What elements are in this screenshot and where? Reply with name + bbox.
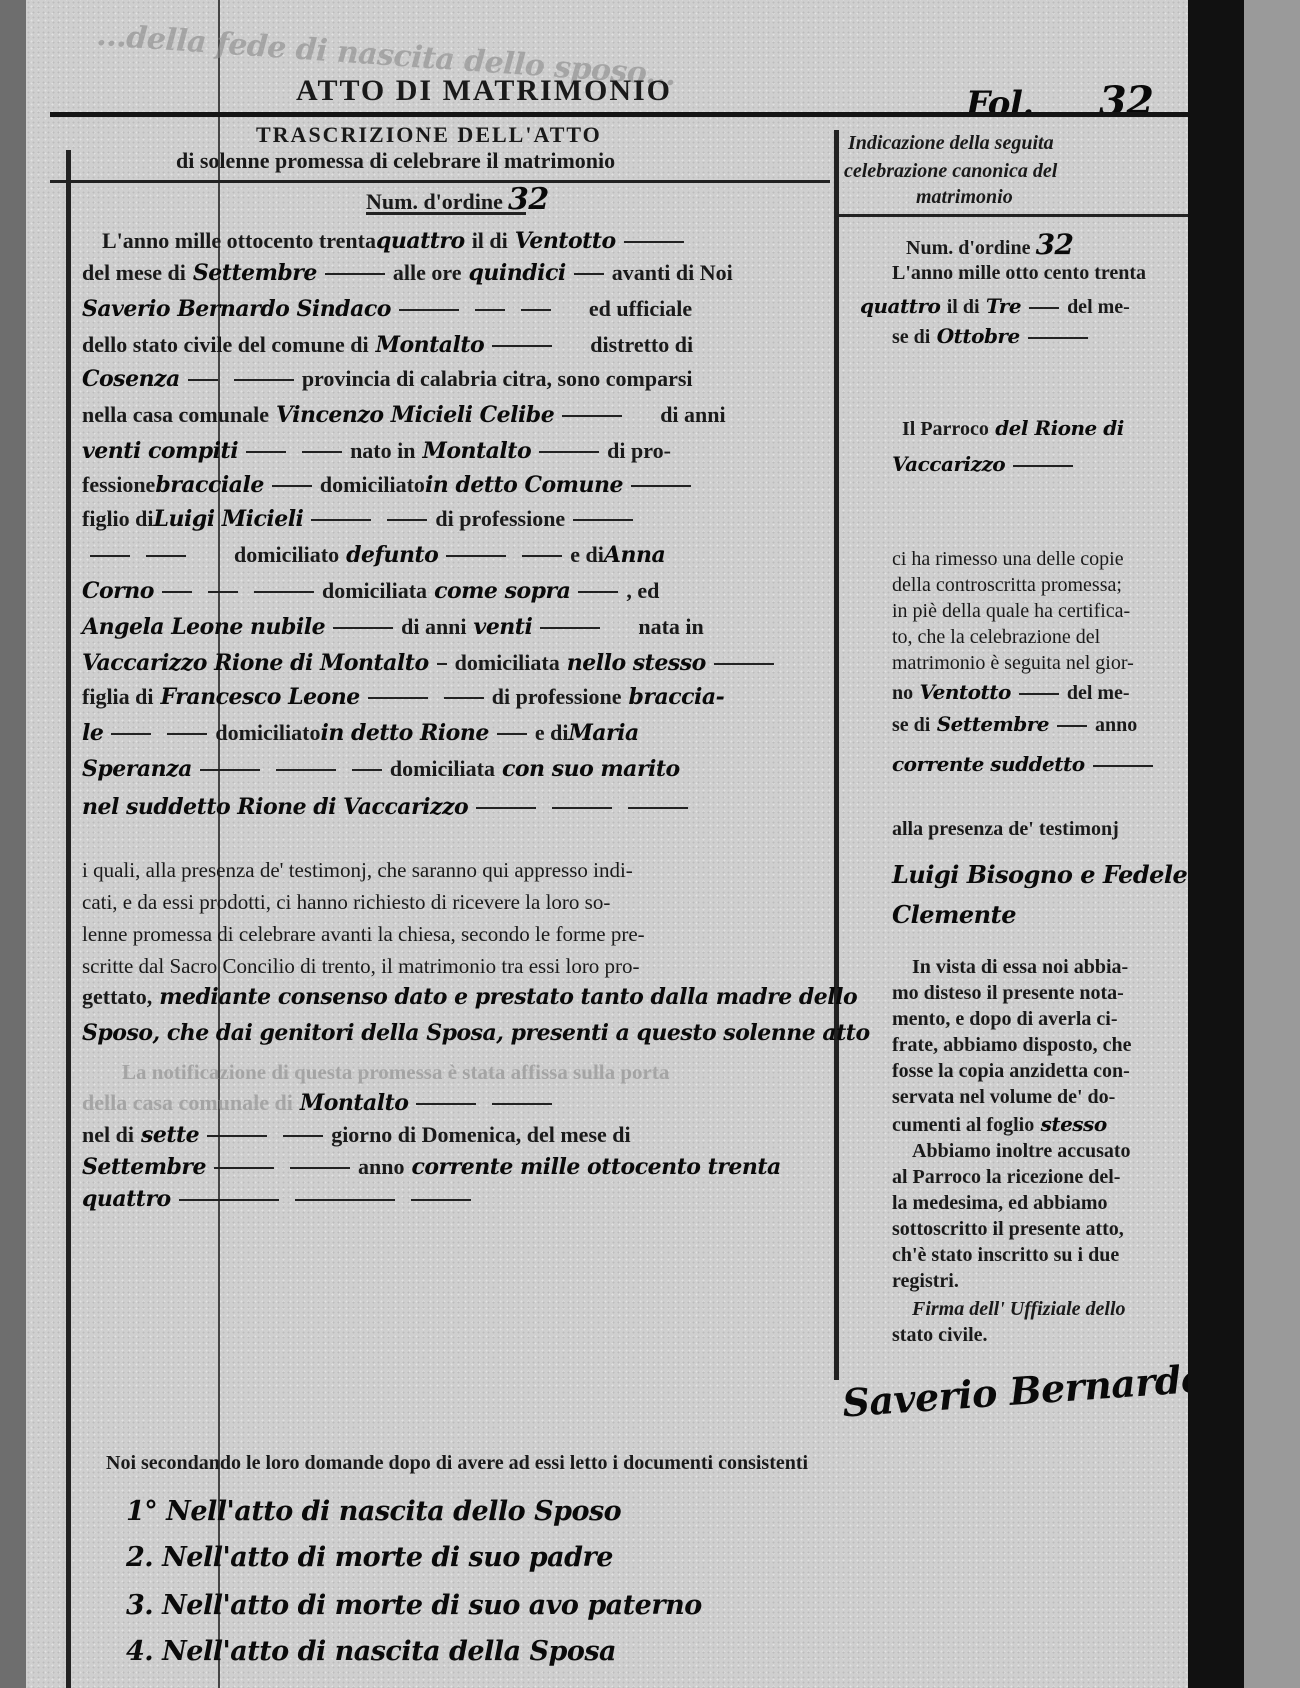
right-title-2: celebrazione canonica del <box>844 160 1057 183</box>
title-rule <box>50 112 1190 117</box>
body-line: dello stato civile del comune di Montalt… <box>82 332 693 358</box>
scan-left-margin <box>0 0 26 1688</box>
right-line: servata nel volume de' do- <box>892 1086 1115 1109</box>
body-line: Angela Leone nubiledi anni ventinata in <box>82 614 704 640</box>
right-line: corrente suddetto <box>892 752 1161 776</box>
body-line: ledomiciliatoin detto Rionee diMaria <box>82 720 639 746</box>
order-number-label: Num. d'ordine <box>366 189 503 214</box>
right-line: Abbiamo inoltre accusato <box>912 1140 1131 1163</box>
document-item: 1° Nell'atto di nascita dello Sposo <box>126 1496 621 1527</box>
right-line: In vista di essa noi abbia- <box>912 956 1128 979</box>
right-header-rule <box>838 214 1188 217</box>
paragraph-hand-line: Sposo, che dai genitori della Sposa, pre… <box>82 1020 870 1046</box>
body-line: Vaccarizzo Rione di Montaltodomiciliata … <box>82 650 782 676</box>
folio-label: Fol. <box>966 84 1034 124</box>
witnesses-line: Luigi Bisogno e Fedele <box>892 860 1187 889</box>
body-line: figlia di Francesco Leonedi professione … <box>82 684 724 710</box>
right-line: Firma dell' Uffiziale dello <box>912 1298 1126 1321</box>
scan-right-margin <box>1188 0 1244 1688</box>
right-line: Vaccarizzo <box>892 452 1081 476</box>
body-line: fessionebraccialedomiciliatoin detto Com… <box>82 472 699 498</box>
right-line: alla presenza de' testimonj <box>892 818 1119 841</box>
officer-signature: Saverio Bernardo <box>841 1355 1207 1425</box>
order-underline <box>366 212 526 215</box>
right-line: al Parroco la ricezione del- <box>892 1166 1120 1189</box>
left-title-1: TRASCRIZIONE DELL'ATTO <box>256 122 602 148</box>
body-line: Cornodomiciliata come sopra, ed <box>82 578 659 604</box>
right-line: mento, e dopo di averla ci- <box>892 1008 1118 1031</box>
notification-line: Settembreanno corrente mille ottocento t… <box>82 1154 781 1180</box>
act-title: ATTO DI MATRIMONIO <box>296 74 672 108</box>
body-line: L'anno mille ottocento trentaquattro il … <box>102 228 692 254</box>
right-line: la medesima, ed abbiamo <box>892 1192 1108 1215</box>
right-line: no Ventottodel me- <box>892 680 1130 705</box>
folio-marker: Fol. 32 <box>966 78 1153 125</box>
right-line: in piè della quale ha certifica- <box>892 600 1130 623</box>
body-line: venti compitinato in Montaltodi pro- <box>82 438 671 464</box>
column-divider <box>834 130 839 1380</box>
right-line: se di Settembreanno <box>892 712 1137 737</box>
body-line: nella casa comunale Vincenzo Micieli Cel… <box>82 402 726 428</box>
right-line: ch'è stato inscritto su i due <box>892 1244 1119 1267</box>
right-title-3: matrimonio <box>916 186 1013 209</box>
right-line: registri. <box>892 1270 959 1293</box>
left-margin-rule <box>66 150 71 1688</box>
right-title-1: Indicazione della seguita <box>848 132 1054 155</box>
order-number-label: Num. d'ordine <box>906 237 1030 259</box>
body-line: Speranzadomiciliata con suo marito <box>82 756 680 782</box>
body-line: del mese di Settembrealle ore quindiciav… <box>82 260 733 286</box>
right-line: L'anno mille otto cento trenta <box>892 262 1146 285</box>
right-line: fosse la copia anzidetta con- <box>892 1060 1130 1083</box>
paragraph-line: cati, e da essi prodotti, ci hanno richi… <box>82 890 610 915</box>
right-line: cumenti al foglio stesso <box>892 1112 1107 1137</box>
body-line: domiciliato defuntoe diAnna <box>82 542 665 568</box>
paragraph-line: lenne promessa di celebrare avanti la ch… <box>82 922 645 947</box>
body-line: figlio diLuigi Micielidi professione <box>82 506 641 532</box>
notification-line: La notificazione di questa promessa è st… <box>122 1060 669 1085</box>
body-line: Saverio Bernardo Sindacoed ufficiale <box>82 296 692 322</box>
right-line: to, che la celebrazione del <box>892 626 1100 649</box>
right-line: frate, abbiamo disposto, che <box>892 1034 1131 1057</box>
footer-intro: Noi secondando le loro domande dopo di a… <box>106 1452 808 1475</box>
right-line: stato civile. <box>892 1324 988 1347</box>
body-line: nel suddetto Rione di Vaccarizzo <box>82 794 696 820</box>
right-order-number: Num. d'ordine 32 <box>906 228 1074 261</box>
right-line: ci ha rimesso una delle copie <box>892 548 1124 571</box>
right-line: matrimonio è seguita nel gior- <box>892 652 1134 675</box>
order-number-value: 32 <box>1036 228 1074 261</box>
left-title-2: di solenne promessa di celebrare il matr… <box>176 148 615 174</box>
right-line: sottoscritto il presente atto, <box>892 1218 1124 1241</box>
notification-line: quattro <box>82 1186 479 1212</box>
document-item: 3. Nell'atto di morte di suo avo paterno <box>126 1590 702 1621</box>
document-item: 2. Nell'atto di morte di suo padre <box>126 1542 613 1573</box>
notification-line: nel di settegiorno di Domenica, del mese… <box>82 1122 631 1148</box>
right-line: mo disteso il presente nota- <box>892 982 1124 1005</box>
right-line: della controscritta promessa; <box>892 574 1122 597</box>
paragraph-line: scritte dal Sacro Concilio di trento, il… <box>82 954 640 979</box>
paragraph-hand-line: gettato, mediante consenso dato e presta… <box>82 984 857 1010</box>
paragraph-line: i quali, alla presenza de' testimonj, ch… <box>82 858 633 883</box>
right-line: Il Parroco del Rione di <box>902 416 1124 441</box>
witnesses-line: Clemente <box>892 900 1016 929</box>
document-item: 4. Nell'atto di nascita della Sposa <box>126 1636 616 1667</box>
body-line: Cosenzaprovincia di calabria citra, sono… <box>82 366 693 392</box>
right-line: quattro il di Tredel me- <box>860 294 1130 319</box>
notification-line: della casa comunale di Montalto <box>82 1090 560 1116</box>
right-line: se di Ottobre <box>892 324 1096 349</box>
register-page: ...della fede di nascita dello sposo... … <box>26 0 1244 1688</box>
folio-number: 32 <box>1099 78 1154 125</box>
